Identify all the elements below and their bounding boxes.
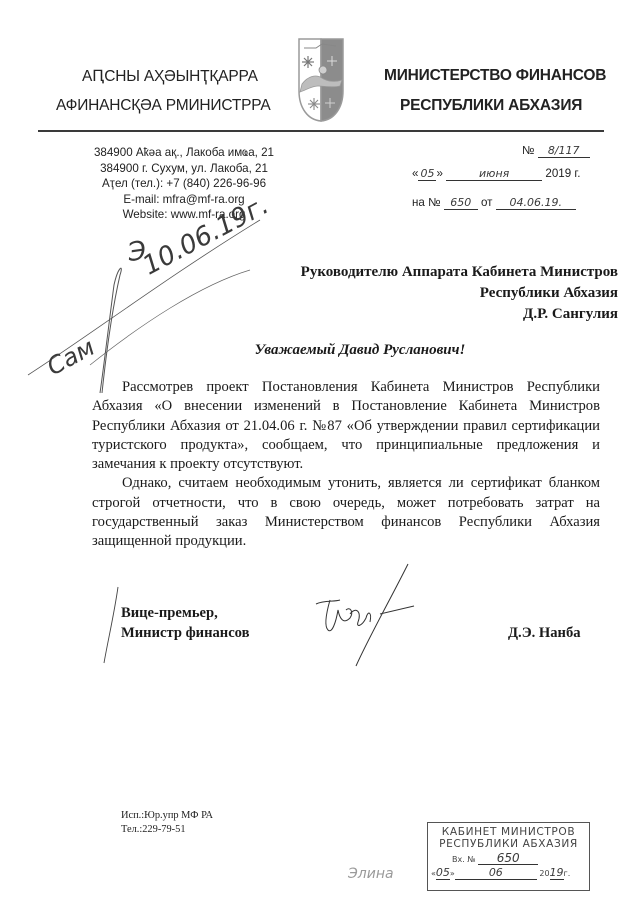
signatory-title-line2: Министр финансов	[121, 623, 250, 643]
addressee-country: Республики Абхазия	[301, 283, 618, 304]
stamp-incoming-number: Вх. № 650	[452, 852, 589, 865]
reference-number-label: на №	[412, 196, 441, 209]
handwritten-note: Элина	[348, 866, 394, 882]
letterhead-abkhaz-line2: АФИНАНСҚӘА РМИНИСТРРА	[56, 97, 270, 115]
contact-phone: Аҭел (тел.): +7 (840) 226-96-96	[54, 176, 314, 192]
stamp-day: 05	[436, 867, 450, 880]
quote-close: »	[436, 167, 442, 180]
contact-block: 384900 Аҟәа ақ., Лакоба имҩа, 21 384900 …	[54, 145, 314, 223]
executor-info: Исп.:Юр.упр МФ РА Тел.:229-79-51	[121, 809, 213, 836]
contact-address-russian: 384900 г. Сухум, ул. Лакоба, 21	[54, 161, 314, 177]
stamp-year-prefix: 20	[539, 869, 549, 878]
incoming-registration-stamp: КАБИНЕТ МИНИСТРОВ РЕСПУБЛИКИ АБХАЗИЯ Вх.…	[427, 822, 590, 891]
stamp-line1: КАБИНЕТ МИНИСТРОВ	[428, 826, 589, 838]
stamp-month: 06	[455, 867, 537, 880]
outgoing-date: «05» июня 2019 г.	[412, 167, 580, 181]
coat-of-arms-icon	[296, 36, 346, 124]
addressee-name: Д.Р. Сангулия	[301, 304, 618, 325]
stamp-year: 19	[550, 867, 564, 880]
letterhead-ministry-line2: РЕСПУБЛИКИ АБХАЗИЯ	[400, 97, 582, 115]
reference-date: 04.06.19.	[496, 197, 576, 210]
outgoing-year: 2019 г.	[545, 167, 580, 180]
executor-department: Исп.:Юр.упр МФ РА	[121, 809, 213, 823]
salutation: Уважаемый Давид Русланович!	[0, 342, 640, 359]
contact-email: E-mail: mfra@mf-ra.org	[54, 192, 314, 208]
handwritten-resolution: Э 10.06.19г. Сам	[20, 215, 290, 400]
executor-phone: Тел.:229-79-51	[121, 823, 213, 837]
contact-address-abkhaz: 384900 Аҟәа ақ., Лакоба имҩа, 21	[54, 145, 314, 161]
outgoing-number-value: 8/117	[538, 145, 590, 158]
letterhead-abkhaz-line1: АԤСНЫ АҲӘЫНҬҚАРРА	[82, 67, 258, 86]
outgoing-day: 05	[418, 168, 436, 181]
reference-line: на № 650 от 04.06.19.	[412, 196, 576, 210]
letter-body: Рассмотрев проект Постановления Кабинета…	[92, 378, 600, 552]
stamp-incoming-value: 650	[478, 852, 538, 865]
addressee-block: Руководителю Аппарата Кабинета Министров…	[301, 262, 618, 325]
stamp-incoming-label: Вх. №	[452, 855, 476, 864]
stamp-date: «05»06 2019г.	[431, 867, 589, 880]
signatory-title: Вице-премьер, Министр финансов	[121, 603, 250, 643]
reference-from-label: от	[481, 196, 493, 209]
addressee-position: Руководителю Аппарата Кабинета Министров	[301, 262, 618, 283]
stamp-year-suffix: г.	[564, 869, 571, 878]
outgoing-number-label: №	[522, 144, 534, 157]
letterhead-divider	[38, 130, 604, 132]
letterhead-ministry-line1: МИНИСТЕРСТВО ФИНАНСОВ	[384, 67, 606, 85]
margin-stroke	[100, 585, 130, 665]
signatory-name: Д.Э. Нанба	[508, 623, 581, 643]
signatory-title-line1: Вице-премьер,	[121, 603, 250, 623]
body-paragraph-1: Рассмотрев проект Постановления Кабинета…	[92, 378, 600, 474]
outgoing-month: июня	[446, 168, 542, 181]
stamp-line2: РЕСПУБЛИКИ АБХАЗИЯ	[428, 838, 589, 850]
outgoing-number: № 8/117	[522, 144, 590, 158]
reference-number: 650	[444, 197, 478, 210]
signature-scribble	[310, 560, 430, 670]
body-paragraph-2: Однако, считаем необходимым утонить, явл…	[92, 474, 600, 551]
